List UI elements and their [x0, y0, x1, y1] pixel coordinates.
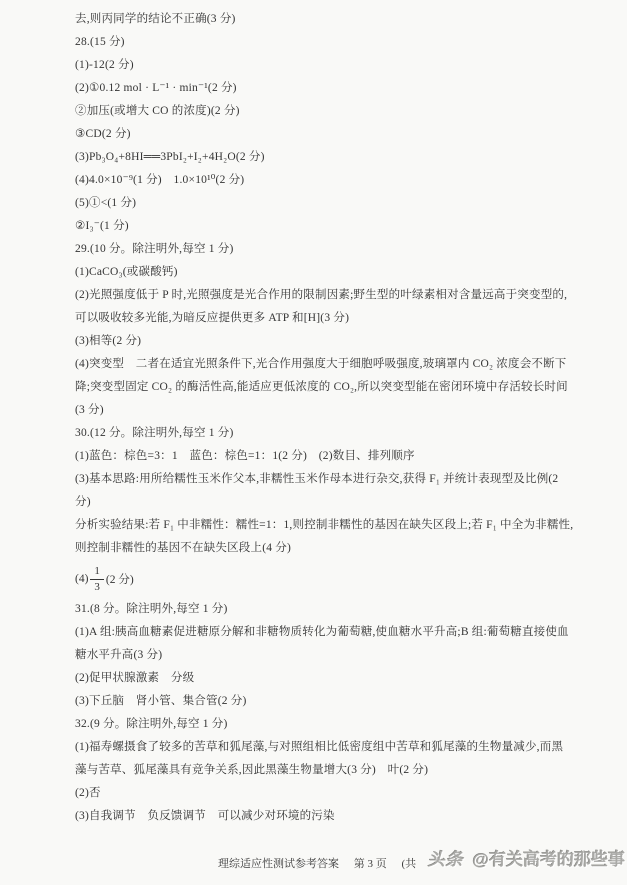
answer-line: ②I₃⁻(1 分): [75, 215, 571, 238]
answer-line: (3)基本思路:用所给糯性玉米作父本,非糯性玉米作母本进行杂交,获得 F₁ 并统…: [75, 468, 571, 491]
fraction-answer-line: (4) 1 3 (2 分): [75, 560, 571, 598]
answer-content: 去,则丙同学的结论不正确(3 分) 28.(15 分) (1)-12(2 分) …: [75, 8, 571, 828]
answer-line: (4)突变型 二者在适宜光照条件下,光合作用强度大于细胞呼吸强度,玻璃罩内 CO…: [75, 353, 571, 376]
answer-line: (3)自我调节 负反馈调节 可以减少对环境的污染: [75, 805, 571, 828]
footer-title: 理综适应性测试参考答案: [218, 858, 339, 870]
answer-line: (2)①0.12 mol · L⁻¹ · min⁻¹(2 分): [75, 77, 571, 100]
chemical-equation-line: (3)Pb₃O₄+8HI══3PbI₂+I₂+4H₂O(2 分): [75, 146, 571, 169]
answer-line: (1)蓝色：棕色=3：1 蓝色：棕色=1：1(2 分) (2)数目、排列顺序: [75, 445, 571, 468]
answer-line: 可以吸收较多光能,为暗反应提供更多 ATP 和[H](3 分): [75, 307, 571, 330]
fraction-prefix: (4): [75, 573, 88, 585]
question-29-heading: 29.(10 分。除注明外,每空 1 分): [75, 238, 571, 261]
answer-line: (1)福寿螺摄食了较多的苦草和狐尾藻,与对照组相比低密度组中苦草和狐尾藻的生物量…: [75, 736, 571, 759]
answer-line: (2)光照强度低于 P 时,光照强度是光合作用的限制因素;野生型的叶绿素相对含量…: [75, 284, 571, 307]
question-31-heading: 31.(8 分。除注明外,每空 1 分): [75, 598, 571, 621]
answer-line: (2)促甲状腺激素 分级: [75, 667, 571, 690]
answer-line: 降;突变型固定 CO₂ 的酶活性高,能适应更低浓度的 CO₂,所以突变型能在密闭…: [75, 376, 571, 399]
fraction-suffix: (2 分): [106, 571, 134, 587]
answer-line: (5)①<(1 分): [75, 192, 571, 215]
fraction-denominator: 3: [90, 580, 104, 594]
answer-line: 藻与苦草、狐尾藻具有竞争关系,因此黑藻生物量增大(3 分) 叶(2 分): [75, 759, 571, 782]
answer-line: 去,则丙同学的结论不正确(3 分): [75, 8, 571, 31]
answer-line: (3)相等(2 分): [75, 330, 571, 353]
footer-caption: 理综适应性测试参考答案 第 3 页 (共: [218, 855, 416, 871]
answer-line: (4)4.0×10⁻⁹(1 分) 1.0×10¹⁰(2 分): [75, 169, 571, 192]
watermark-handle: @有关高考的那些事: [472, 850, 625, 869]
answer-line: (1)-12(2 分): [75, 54, 571, 77]
page-footer: 理综适应性测试参考答案 第 3 页 (共 头条 @有关高考的那些事: [0, 843, 627, 875]
question-30-heading: 30.(12 分。除注明外,每空 1 分): [75, 422, 571, 445]
answer-line: 分): [75, 491, 571, 514]
fraction-value: 1 3: [90, 565, 104, 593]
answer-line: 糖水平升高(3 分): [75, 644, 571, 667]
footer-page-number: 第 3 页: [354, 858, 387, 870]
answer-line: (2)否: [75, 782, 571, 805]
answer-line: ③CD(2 分): [75, 123, 571, 146]
answer-line: (1)CaCO₃(或碳酸钙): [75, 261, 571, 284]
toutiao-logo: 头条: [428, 850, 464, 869]
fraction-numerator: 1: [90, 565, 104, 580]
answer-line: 分析实验结果:若 F₁ 中非糯性：糯性=1：1,则控制非糯性的基因在缺失区段上;…: [75, 514, 571, 537]
answer-line: (3 分): [75, 399, 571, 422]
answer-line: ②加压(或增大 CO 的浓度)(2 分): [75, 100, 571, 123]
question-32-heading: 32.(9 分。除注明外,每空 1 分): [75, 713, 571, 736]
answer-line: 则控制非糯性的基因不在缺失区段上(4 分): [75, 537, 571, 560]
answer-line: (1)A 组:胰高血糖素促进糖原分解和非糖物质转化为葡萄糖,使血糖水平升高;B …: [75, 621, 571, 644]
watermark: 头条 @有关高考的那些事: [428, 845, 625, 870]
answer-line: (3)下丘脑 肾小管、集合管(2 分): [75, 690, 571, 713]
question-28-heading: 28.(15 分): [75, 31, 571, 54]
footer-total-prefix: (共: [402, 858, 417, 870]
scanned-answer-sheet-page: 去,则丙同学的结论不正确(3 分) 28.(15 分) (1)-12(2 分) …: [0, 0, 627, 885]
